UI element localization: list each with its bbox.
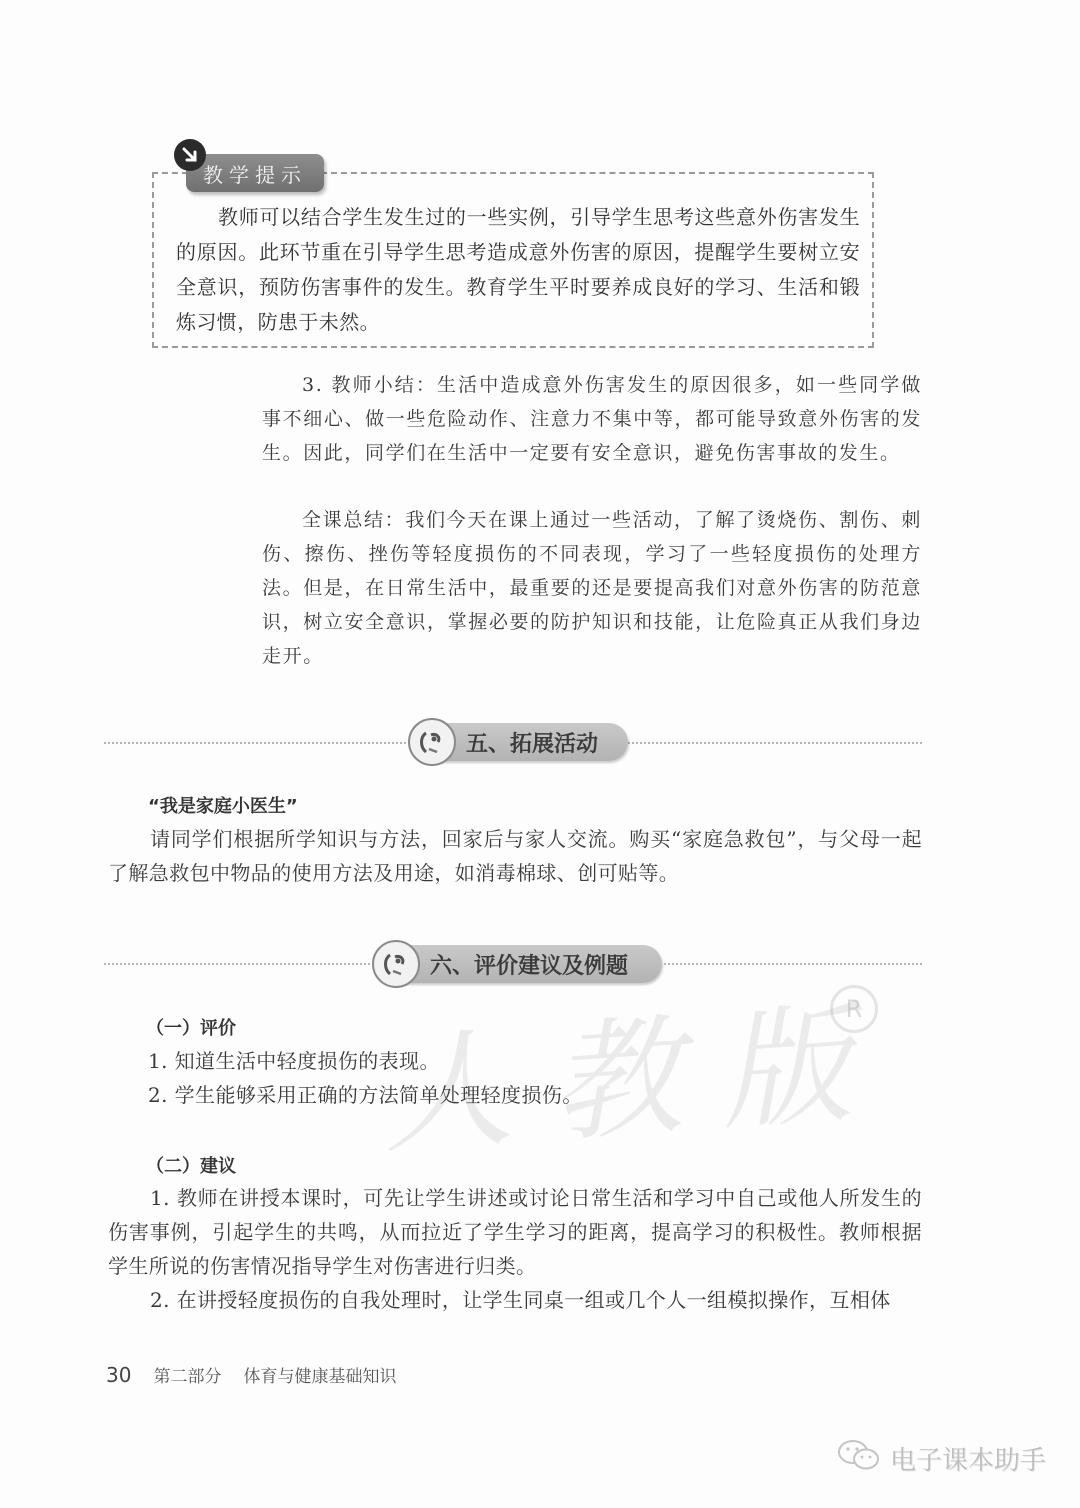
- teaching-tip-text: 教师可以结合学生发生过的一些实例，引导学生思考这些意外伤害发生的原因。此环节重在…: [176, 200, 860, 340]
- wechat-account-badge: 电子课本助手: [836, 1438, 1046, 1479]
- footer-chapter: 体育与健康基础知识: [243, 1362, 396, 1387]
- page-footer: 30 第二部分 体育与健康基础知识: [106, 1362, 396, 1387]
- evaluation-item: 1. 知道生活中轻度损伤的表现。: [148, 1044, 962, 1078]
- suggestion-item: 2. 在讲授轻度损伤的自我处理时，让学生同桌一组或几个人一组模拟操作，互相体: [108, 1283, 922, 1317]
- section-header-evaluation: 六、评价建议及例题: [378, 945, 662, 983]
- course-summary-paragraph: 全课总结：我们今天在课上通过一些活动，了解了烫烧伤、割伤、刺伤、擦伤、挫伤等轻度…: [262, 503, 922, 673]
- suggestion-item: 1. 教师在讲授本课时，可先让学生讲述或讨论日常生活和学习中自己或他人所发生的伤…: [108, 1181, 922, 1283]
- evaluation-item: 2. 学生能够采用正确的方法简单处理轻度损伤。: [148, 1078, 962, 1112]
- suggestions-heading: （二）建议: [146, 1152, 236, 1178]
- registered-mark-icon: R: [830, 985, 878, 1033]
- textbook-page: 人教版 R 教学提示 教师可以结合学生发生过的一些实例，引导学生思考这些意外伤害…: [0, 0, 1080, 1508]
- activity-text: 请同学们根据所学知识与方法，回家后与家人交流。购买“家庭急救包”，与父母一起了解…: [108, 822, 922, 890]
- evaluation-heading: （一）评价: [146, 1014, 236, 1040]
- teacher-summary-paragraph: 3. 教师小结：生活中造成意外伤害发生的原因很多，如一些同学做事不细心、做一些危…: [262, 368, 922, 470]
- page-number: 30: [106, 1363, 131, 1387]
- section-header-extension-activity: 五、拓展活动: [414, 723, 628, 761]
- section-logo-icon: [372, 940, 420, 988]
- wechat-account-name: 电子课本助手: [890, 1440, 1046, 1477]
- activity-title: “我是家庭小医生”: [148, 792, 298, 818]
- footer-part: 第二部分: [153, 1362, 221, 1387]
- teaching-tip-badge: 教学提示: [186, 154, 324, 192]
- wechat-icon: [836, 1438, 882, 1479]
- section-logo-icon: [408, 718, 456, 766]
- arrow-down-right-icon: [174, 139, 206, 171]
- section-title: 六、评价建议及例题: [430, 949, 628, 980]
- section-title: 五、拓展活动: [466, 727, 598, 758]
